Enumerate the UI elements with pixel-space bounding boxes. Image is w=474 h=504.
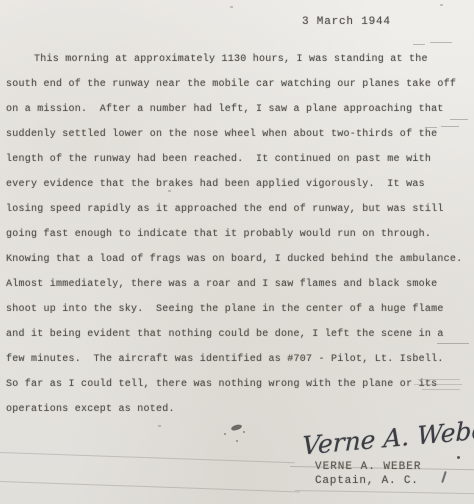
ink-speck [243,431,245,433]
body-line: Knowing that a load of frags was on boar… [6,247,470,272]
body-line: going fast enough to indicate that it pr… [6,222,470,247]
scan-artifact [441,126,459,127]
paper-speck [230,6,233,8]
body-line: suddenly settled lower on the nose wheel… [6,122,470,147]
scan-artifact [422,389,460,390]
body-line: every evidence that the brakes had been … [6,172,470,197]
handwritten-signature: Verne A. Weber [302,417,472,461]
ink-smudge [230,423,242,431]
scan-artifact [295,490,474,494]
letter-body: This morning at approximately 1130 hours… [6,47,470,422]
scan-artifact [0,452,295,463]
body-line: So far as I could tell, there was nothin… [6,372,470,397]
paper-speck [440,4,443,6]
signature-flourish-dot [457,456,460,459]
scan-artifact [425,127,437,128]
typed-signature-title: Captain, A. C. [315,475,419,488]
scan-artifact [418,379,460,380]
scan-artifact [430,42,452,43]
body-line: length of the runway had been reached. I… [6,147,470,172]
body-line: This morning at approximately 1130 hours… [6,47,470,72]
ink-speck [236,440,238,442]
body-line: on a mission. After a number had left, I… [6,97,470,122]
paper-speck [168,190,171,192]
scan-artifact [0,481,300,492]
scan-artifact [414,384,462,385]
scan-artifact [413,44,425,45]
ink-speck [224,433,226,435]
body-line: Almost immediately, there was a roar and… [6,272,470,297]
body-line: operations except as noted. [6,397,470,422]
body-line: losing speed rapidly as it approached th… [6,197,470,222]
body-line: south end of the runway near the mobile … [6,72,470,97]
body-line: few minutes. The aircraft was identified… [6,347,470,372]
date-line: 3 March 1944 [302,16,391,28]
scan-artifact [450,119,468,120]
scanned-letter-page: 3 March 1944 This morning at approximate… [0,0,474,504]
scan-artifact [437,343,469,344]
body-line: and it being evident that nothing could … [6,322,470,347]
body-line: shoot up into the sky. Seeing the plane … [6,297,470,322]
paper-speck [158,425,161,427]
pen-check-mark [441,471,447,483]
